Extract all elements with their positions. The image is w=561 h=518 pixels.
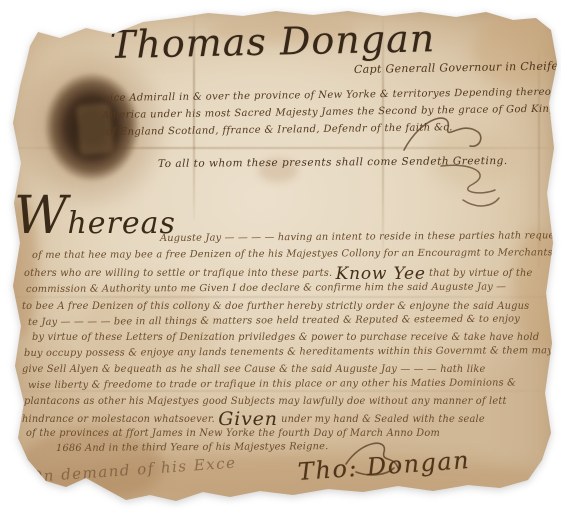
manuscript-text: Thomas Dongan Capt Generall Governour in… bbox=[8, 8, 557, 509]
title-suffix: Capt Generall Governour in Cheife & bbox=[354, 60, 561, 75]
parchment: Thomas Dongan Capt Generall Governour in… bbox=[8, 8, 557, 509]
photo-background: Thomas Dongan Capt Generall Governour in… bbox=[0, 0, 561, 518]
body-line-3-pre: others who are willing to settle or traf… bbox=[24, 268, 332, 279]
ink-flourish bbox=[400, 108, 490, 158]
parchment-wrap: Thomas Dongan Capt Generall Governour in… bbox=[8, 8, 557, 509]
body-line-6: te Jay — — — — bee in all things & matte… bbox=[28, 315, 520, 328]
body-line-12: hindrance or molestacon whatsoever. Give… bbox=[22, 410, 485, 429]
given-phrase: Given bbox=[218, 408, 277, 430]
body-line-4: commission & Authority unto me Given I d… bbox=[26, 282, 506, 294]
body-line-5: to bee A free Denizen of this collony & … bbox=[22, 302, 529, 312]
whereas-initial: W bbox=[14, 186, 67, 246]
body-line-9: give Sell Alyen & bequeath as he shall s… bbox=[22, 365, 486, 375]
body-line-11: plantacons as other his Majestyes good S… bbox=[24, 397, 507, 407]
body-line-3: others who are willing to settle or traf… bbox=[24, 266, 533, 283]
whereas-word: Whereas bbox=[14, 190, 176, 242]
body-line-10: wise liberty & freedome to trade or traf… bbox=[28, 378, 516, 390]
body-line-12-pre: hindrance or molestacon whatsoever. bbox=[22, 414, 215, 425]
body-line-2: of me that hee may bee a free Denizen of… bbox=[32, 248, 561, 261]
docket-note: On demand of his Exce bbox=[29, 456, 236, 485]
body-line-12-post: under my hand & Sealed with the seale bbox=[281, 414, 485, 425]
body-line-3-post: that by virtue of the bbox=[429, 268, 532, 279]
body-line-7: by virtue of these Letters of Denization… bbox=[32, 333, 539, 343]
body-line-8: buy occupy possess & enjoye any lands te… bbox=[24, 346, 553, 359]
ink-flourish bbox=[433, 160, 508, 215]
document-title: Thomas Dongan bbox=[110, 19, 436, 64]
body-line-14: 1686 And in the third Yeare of his Majes… bbox=[56, 442, 328, 454]
header-line-1: vice Admirall in & over the province of … bbox=[104, 87, 561, 104]
body-line-1: Auguste Jay — — — — having an intent to … bbox=[160, 231, 561, 244]
ink-flourish bbox=[336, 434, 406, 479]
